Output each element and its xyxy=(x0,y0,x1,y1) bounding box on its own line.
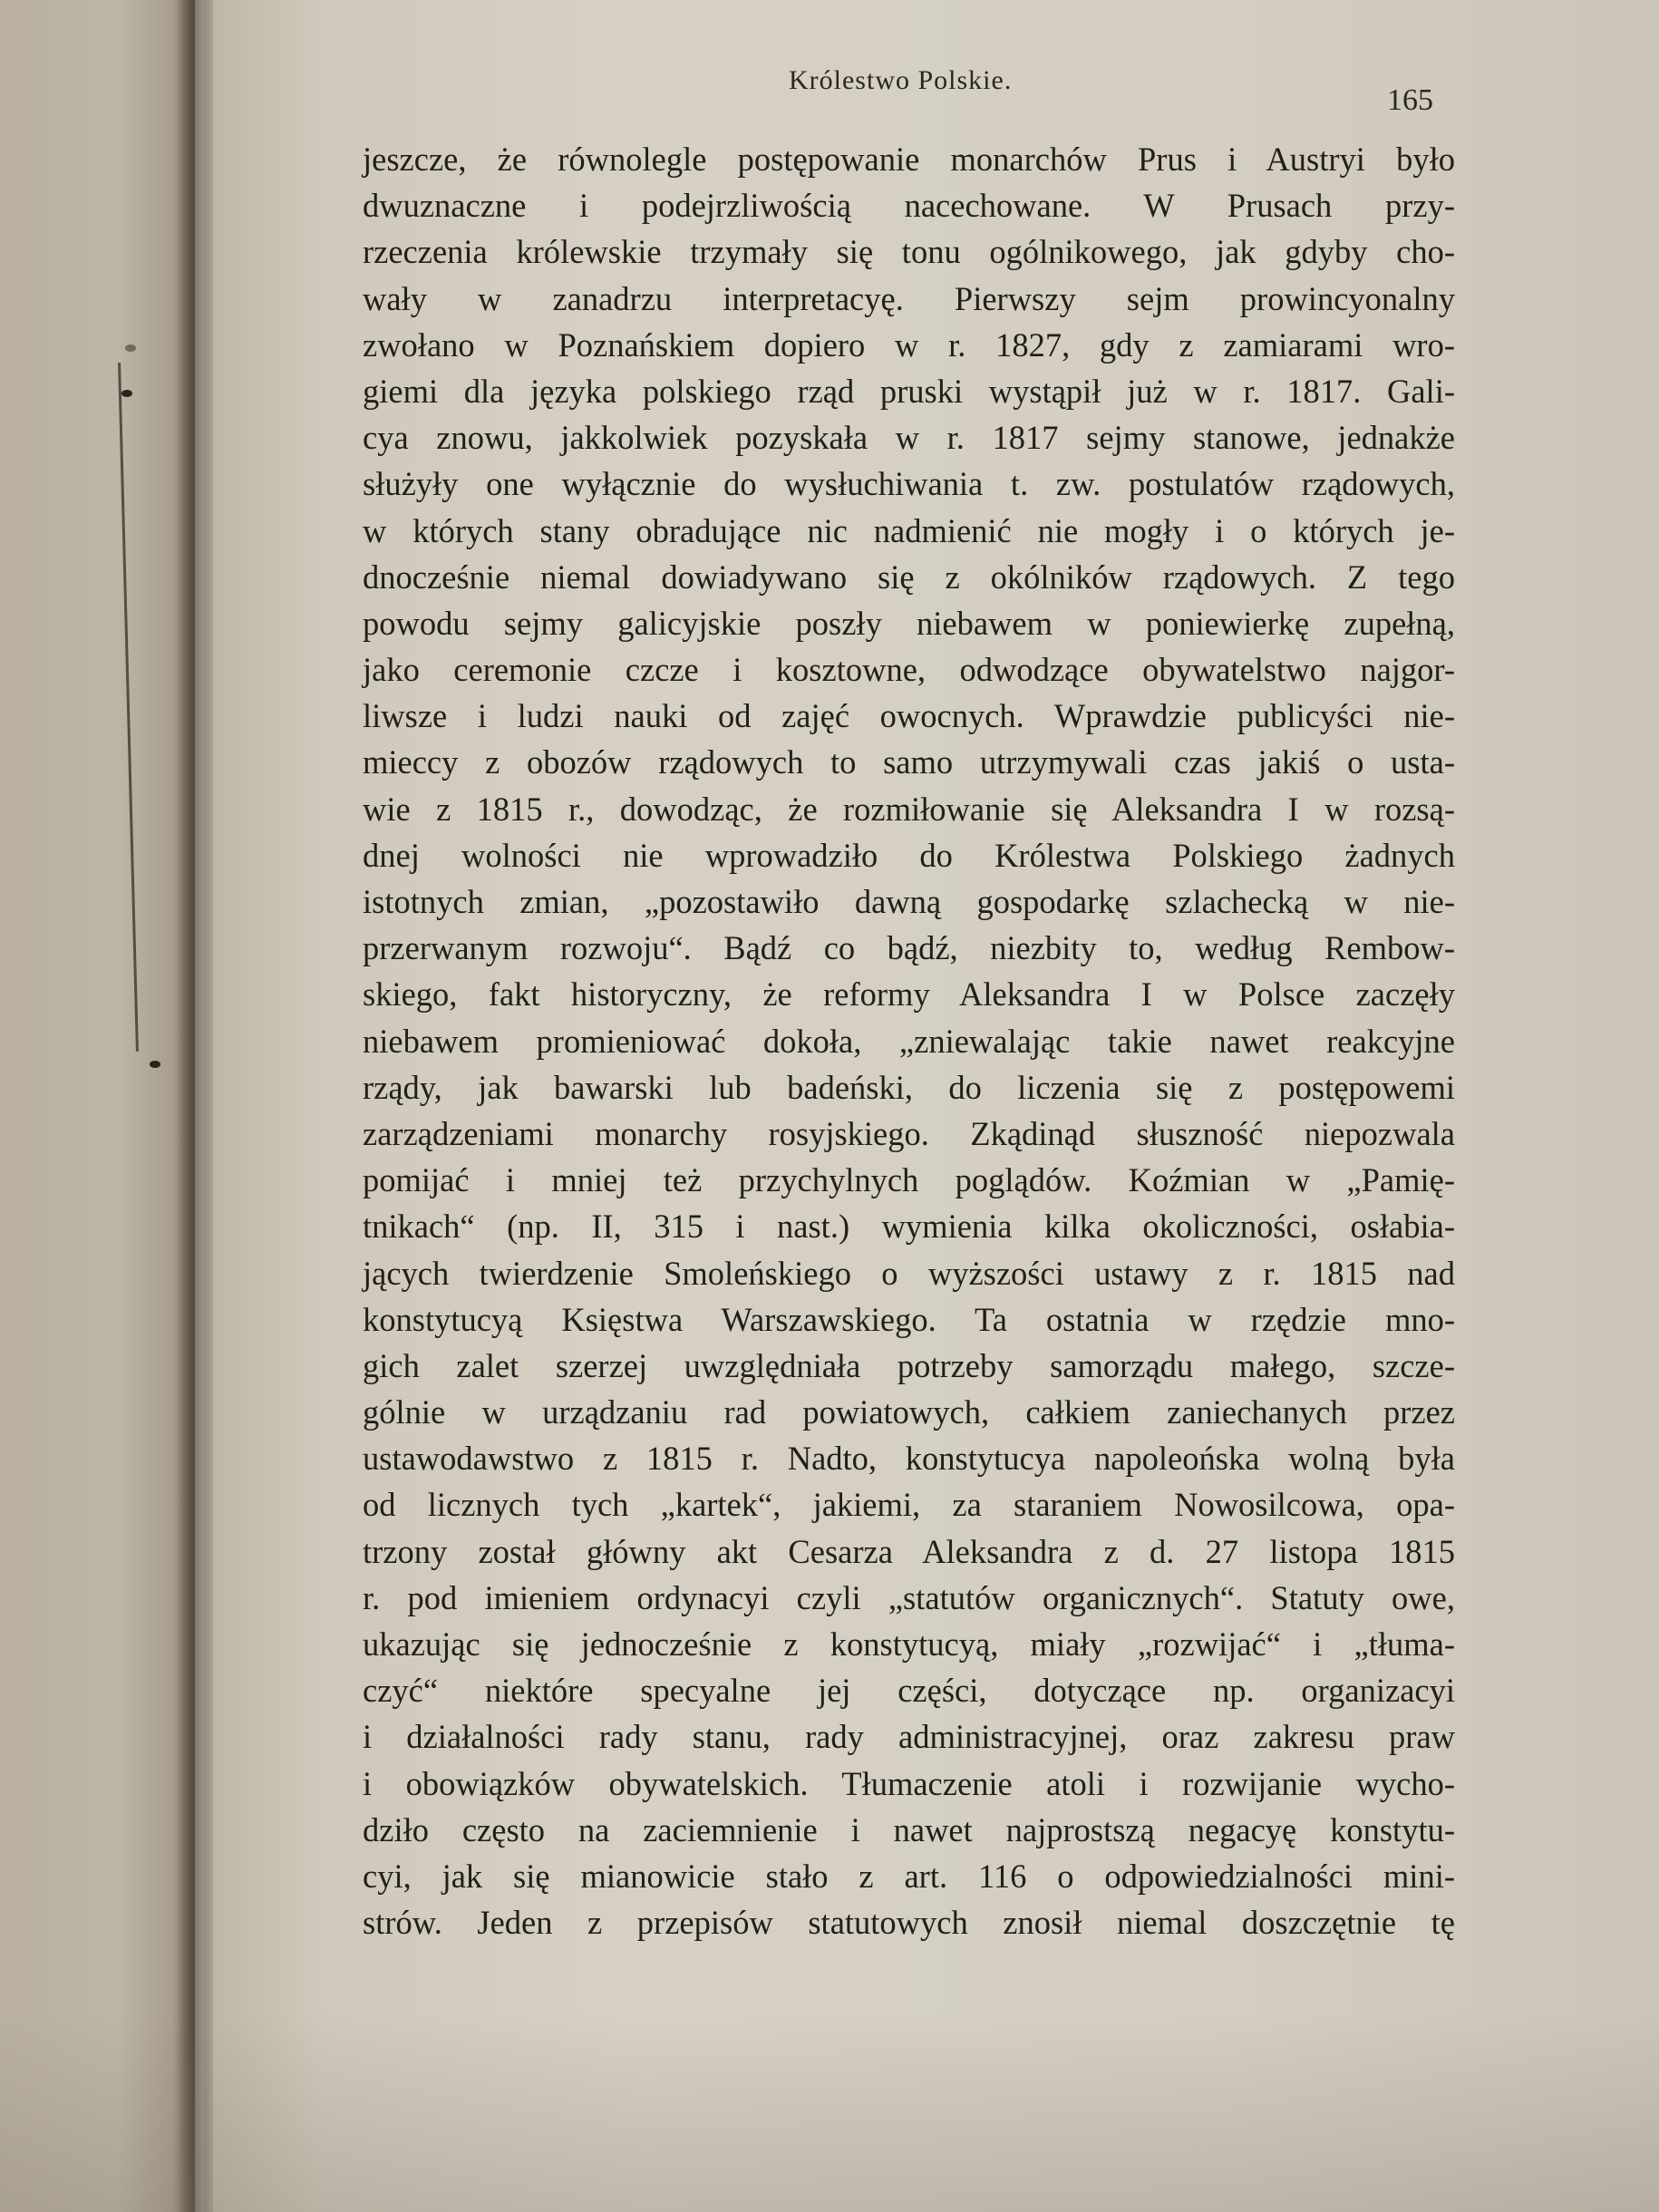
text-line: rządy, jak bawarski lub badeński, do lic… xyxy=(363,1064,1455,1111)
page-number: 165 xyxy=(1387,83,1433,118)
text-line: cya znowu, jakkolwiek pozyskała w r. 181… xyxy=(363,414,1455,461)
text-line: przerwanym rozwoju“. Bądź co bądź, niezb… xyxy=(363,925,1455,971)
text-line: jako ceremonie czcze i kosztowne, odwodz… xyxy=(363,646,1455,693)
text-line: czyć“ niektóre specyalne jej części, dot… xyxy=(363,1667,1455,1713)
text-line: i działalności rady stanu, rady administ… xyxy=(363,1713,1455,1760)
running-head: Królestwo Polskie. xyxy=(789,65,1012,96)
text-line: konstytucyą Księstwa Warszawskiego. Ta o… xyxy=(363,1296,1455,1343)
text-line: wały w zanadrzu interpretacyę. Pierwszy … xyxy=(363,276,1455,322)
binding-stitch xyxy=(121,390,132,397)
text-line: dnej wolności nie wprowadziło do Królest… xyxy=(363,832,1455,878)
left-page-margin xyxy=(0,0,195,2212)
text-line: zwołano w Poznańskiem dopiero w r. 1827,… xyxy=(363,322,1455,368)
text-line: gich zalet szerzej uwzględniała potrzeby… xyxy=(363,1343,1455,1389)
text-line: liwsze i ludzi nauki od zajęć owocnych. … xyxy=(363,693,1455,739)
binding-stitch xyxy=(125,344,136,352)
text-line: i obowiązków obywatelskich. Tłumaczenie … xyxy=(363,1761,1455,1807)
text-line: rzeczenia królewskie trzymały się tonu o… xyxy=(363,228,1455,275)
text-line: zarządzeniami monarchy rosyjskiego. Zkąd… xyxy=(363,1111,1455,1157)
text-line: jących twierdzenie Smoleńskiego o wyższo… xyxy=(363,1250,1455,1296)
text-line: tnikach“ (np. II, 315 i nast.) wymienia … xyxy=(363,1203,1455,1249)
body-text: jeszcze, że równolegle postępowanie mona… xyxy=(363,136,1455,1945)
text-line: r. pod imieniem ordynacyi czyli „statutó… xyxy=(363,1575,1455,1621)
text-line: cyi, jak się mianowicie stało z art. 116… xyxy=(363,1853,1455,1899)
text-line: powodu sejmy galicyjskie poszły niebawem… xyxy=(363,600,1455,646)
text-line: skiego, fakt historyczny, że reformy Ale… xyxy=(363,971,1455,1017)
book-gutter xyxy=(177,0,213,2212)
text-line: giemi dla języka polskiego rząd pruski w… xyxy=(363,368,1455,414)
text-line: mieccy z obozów rządowych to samo utrzym… xyxy=(363,739,1455,785)
text-line: dnocześnie niemal dowiadywano się z okól… xyxy=(363,554,1455,600)
text-line: służyły one wyłącznie do wysłuchiwania t… xyxy=(363,461,1455,507)
text-line: istotnych zmian, „pozostawiło dawną gosp… xyxy=(363,878,1455,925)
text-line: strów. Jeden z przepisów statutowych zno… xyxy=(363,1899,1455,1945)
text-line: niebawem promieniować dokoła, „zniewalaj… xyxy=(363,1018,1455,1064)
page-shadow xyxy=(0,2013,1659,2212)
text-line: gólnie w urządzaniu rad powiatowych, cał… xyxy=(363,1389,1455,1435)
text-line: od licznych tych „kartek“, jakiemi, za s… xyxy=(363,1481,1455,1528)
text-line: wie z 1815 r., dowodząc, że rozmiłowanie… xyxy=(363,786,1455,832)
binding-stitch xyxy=(150,1061,160,1068)
text-line: ustawodawstwo z 1815 r. Nadto, konstytuc… xyxy=(363,1435,1455,1481)
text-line: ukazując się jednocześnie z konstytucyą,… xyxy=(363,1621,1455,1667)
text-line: trzony został główny akt Cesarza Aleksan… xyxy=(363,1528,1455,1575)
text-line: w których stany obradujące nic nadmienić… xyxy=(363,508,1455,554)
text-line: dziło często na zaciemnienie i nawet naj… xyxy=(363,1807,1455,1853)
text-line: jeszcze, że równolegle postępowanie mona… xyxy=(363,136,1455,182)
text-line: pomijać i mniej też przychylnych poglądó… xyxy=(363,1157,1455,1203)
text-line: dwuznaczne i podejrzliwością nacechowane… xyxy=(363,182,1455,228)
